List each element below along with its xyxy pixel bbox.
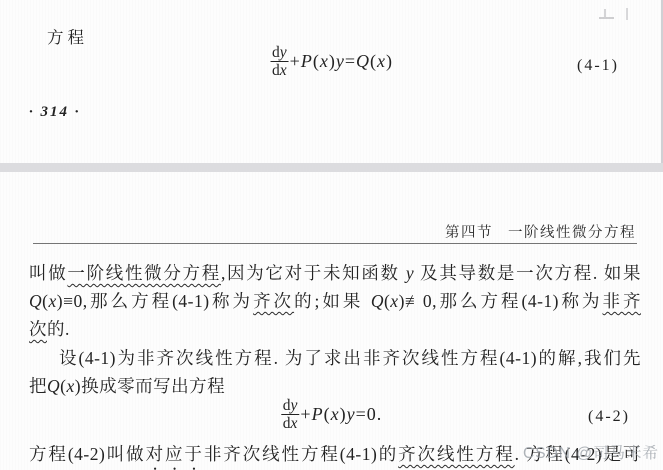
- term-underlined: 齐次: [253, 291, 294, 311]
- equation-label-4-2: (4-2): [588, 408, 630, 426]
- equation-body: +P(x)y=Q(x): [290, 51, 393, 72]
- term-underlined: 次: [29, 319, 47, 339]
- text-segment: ,因为它对于未知函数: [221, 263, 406, 283]
- csdn-watermark: CSDN @司马米希: [523, 441, 659, 463]
- header-rule: [33, 243, 637, 244]
- scan-artifact: [599, 17, 614, 19]
- text-segment: ≢0,那么方程(4-1)称为: [405, 291, 603, 311]
- paragraph-1-line-3: 次的.: [29, 317, 641, 341]
- fraction-dy-dx: dy dx: [270, 44, 289, 79]
- term-underlined: 非齐: [603, 291, 642, 311]
- section-number: 第四节: [445, 225, 493, 241]
- text-segment: 把: [29, 376, 47, 396]
- equation-4-1: dy dx +P(x)y=Q(x): [270, 44, 393, 79]
- term-underlined: 齐次线性方程: [398, 444, 515, 464]
- math-inline: y: [406, 263, 414, 283]
- page-number: · 314 ·: [29, 104, 81, 121]
- text-segment: 换成零而写出方程: [81, 376, 225, 396]
- math-inline: Q(x): [47, 376, 81, 396]
- term-emphasis-dots: 对应于: [146, 444, 204, 464]
- scanned-textbook-page: 方程 dy dx +P(x)y=Q(x) (4-1) · 314 · 第四节一阶…: [0, 0, 663, 470]
- equation-4-1-row: dy dx +P(x)y=Q(x) (4-1): [0, 44, 663, 84]
- text-segment: ≡0,那么方程(4-1)称为: [63, 291, 253, 311]
- paragraph-2-line-1: 设(4-1)为非齐次线性方程. 为了求出非齐次线性方程(4-1)的解,我们先: [29, 346, 641, 370]
- fraction-numerator: dy: [281, 397, 300, 415]
- equation-4-2-row: dy dx +P(x)y=0. (4-2): [0, 397, 663, 437]
- term-underlined: 一阶线性微分方程: [67, 263, 221, 283]
- fraction-numerator: dy: [270, 44, 289, 62]
- math-inline: Q(x): [371, 291, 405, 311]
- text-segment: 设(4-1)为非齐次线性方程. 为了求出非齐次线性方程(4-1)的解,我们先: [59, 348, 641, 368]
- equation-body: +P(x)y=0.: [300, 404, 382, 425]
- text-segment: 叫做: [29, 263, 67, 283]
- equation-4-2: dy dx +P(x)y=0.: [281, 397, 382, 432]
- math-inline: Q(x): [29, 291, 63, 311]
- equation-label-4-1: (4-1): [577, 57, 619, 75]
- fraction-denominator: dx: [270, 62, 289, 79]
- text-segment: 的.: [47, 319, 70, 339]
- fraction-denominator: dx: [281, 415, 300, 432]
- scan-artifact: [604, 9, 606, 17]
- section-title: 一阶线性微分方程: [508, 225, 636, 241]
- paragraph-1-line-1: 叫做一阶线性微分方程,因为它对于未知函数 y 及其导数是一次方程. 如果: [29, 261, 641, 285]
- running-header: 第四节一阶线性微分方程: [445, 221, 636, 242]
- text-segment: 方程(4-2)叫做: [29, 444, 146, 464]
- text-segment: 的;如果: [294, 291, 371, 311]
- paragraph-2-line-2: 把Q(x)换成零而写出方程: [29, 374, 641, 398]
- fraction-dy-dx: dy dx: [281, 397, 300, 432]
- paragraph-1-line-2: Q(x)≡0,那么方程(4-1)称为齐次的;如果 Q(x)≢0,那么方程(4-1…: [29, 289, 641, 313]
- text-segment: 及其导数是一次方程. 如果: [414, 263, 641, 283]
- page-divider-band: [0, 163, 663, 172]
- scan-artifact: [626, 8, 628, 20]
- text-segment: 非齐次线性方程(4-1)的: [204, 444, 398, 464]
